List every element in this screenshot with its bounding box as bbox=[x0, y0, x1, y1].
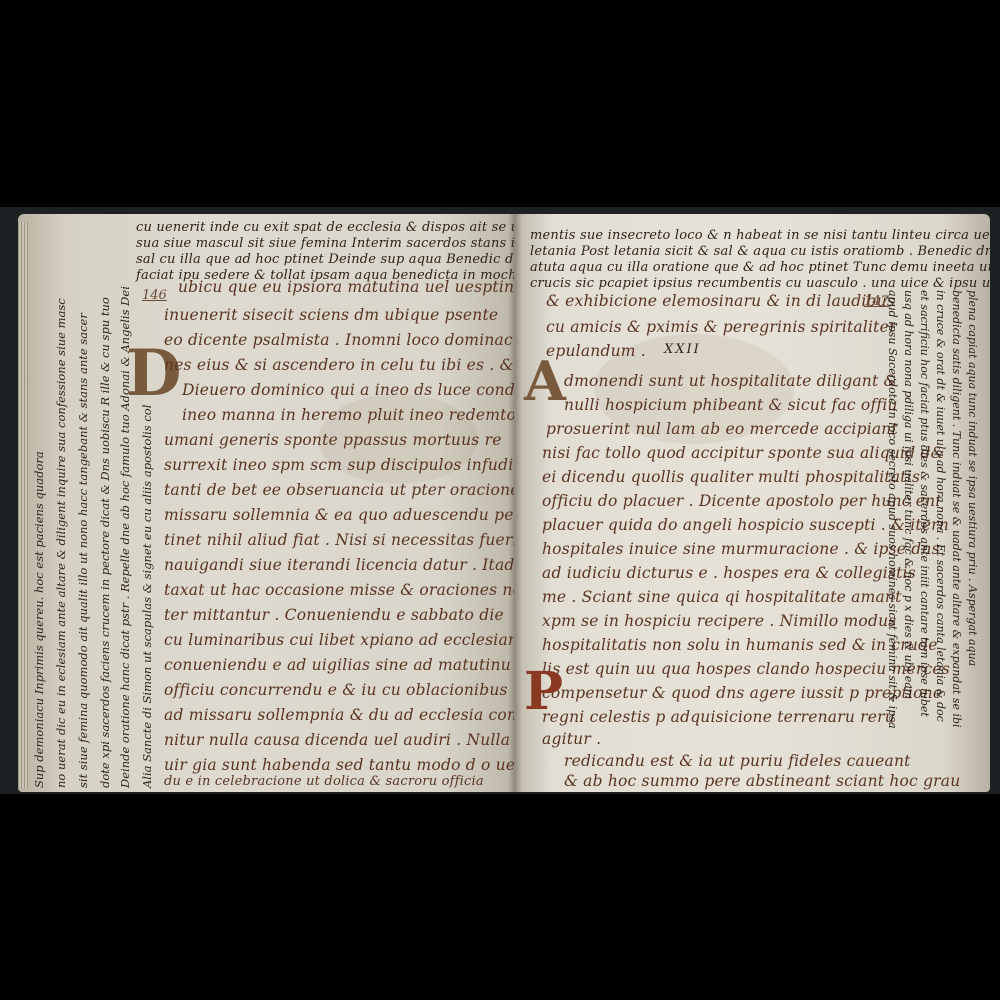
text-line: eo dicente psalmista . Inomni loco domin… bbox=[164, 331, 514, 349]
text-line: xpm se in hospiciu recipere . Nimillo mo… bbox=[542, 612, 896, 630]
text-line: missaru sollemnia & ea quo aduescendu pe… bbox=[164, 506, 514, 524]
text-line: umani generis sponte ppassus mortuus re bbox=[164, 431, 502, 449]
margin-note: Alia Sancte di Simon ut scapulas & signe… bbox=[140, 220, 154, 788]
text-line: officiu do placuer . Dicente apostolo pe… bbox=[542, 492, 941, 510]
margin-note: Deinde oratione hanc dicat pstr . Repell… bbox=[118, 220, 132, 788]
top-added-line: sua siue mascul sit siue femina Interim … bbox=[136, 236, 514, 251]
text-line: tanti de bet ee obseruancia ut pter orac… bbox=[164, 481, 514, 499]
text-line: cu luminaribus cui libet xpiano ad eccle… bbox=[164, 631, 514, 649]
text-line: uir gia sunt habenda sed tantu modo d o … bbox=[164, 756, 514, 774]
text-line: & exhibicione elemosinaru & in di laudib… bbox=[546, 292, 895, 310]
top-added-line: atuta aqua cu illa oratione que & ad hoc… bbox=[530, 260, 990, 275]
text-line: me . Sciant sine quica qi hospitalitate … bbox=[542, 588, 902, 606]
text-line: compensetur & quod dns agere iussit p pr… bbox=[542, 684, 942, 702]
text-line: ter mittantur . Conueniendu e sabbato di… bbox=[164, 606, 504, 624]
text-line: nes eius & si ascendero in celu tu ibi e… bbox=[164, 356, 514, 374]
margin-note: dote xpi sacerdos faciens crucem in pect… bbox=[98, 220, 112, 788]
text-line: taxat ut hac occasione misse & oraciones… bbox=[164, 581, 514, 599]
text-line: nisi fac tollo quod accipitur sponte sua… bbox=[542, 444, 945, 462]
margin-note: Sup demoniacu Inprimis quereu. hoc est p… bbox=[32, 220, 46, 788]
text-line: ad iudiciu dicturus e . hospes era & col… bbox=[542, 564, 916, 582]
margin-note: et sacrificiu hoc faciat ptus dies & sac… bbox=[918, 290, 931, 788]
text-line: nulli hospicium phibeant & sicut fac off… bbox=[564, 396, 898, 414]
top-added-line: letania Post letania sicit & sal & aqua … bbox=[530, 244, 990, 259]
page-edges bbox=[18, 222, 28, 788]
text-line: tinet nihil aliud fiat . Nisi si necessi… bbox=[164, 531, 514, 549]
margin-note: benedicta satis diligent . Tunc induat s… bbox=[950, 290, 963, 788]
text-line: agitur . bbox=[542, 730, 601, 748]
text-line: du e in celebracione ut dolica & sacroru… bbox=[164, 774, 484, 789]
text-line: regni celestis p adquisicione terrenaru … bbox=[542, 708, 895, 726]
text-line: hospitalitatis non solu in humanis sed &… bbox=[542, 636, 938, 654]
margin-note: plena capiat aqua tunc induat se ipsa ue… bbox=[966, 290, 979, 788]
top-added-line: crucis sic pcapiet ipsius recumbentis cu… bbox=[530, 276, 990, 291]
right-page: mentis sue insecreto loco & n habeat in … bbox=[514, 214, 990, 792]
book-gutter bbox=[508, 214, 522, 792]
chapter-number: XXII bbox=[664, 342, 701, 357]
top-added-line: cu uenerit inde cu exit spat de ecclesia… bbox=[136, 220, 514, 235]
margin-note: no uerat dic eu in eclesiam ante altare … bbox=[54, 220, 68, 788]
margin-note: in cruce & orat dt & iuuet ulq ad hora n… bbox=[934, 290, 947, 788]
text-line: & ab hoc summo pere abstineant sciant ho… bbox=[564, 772, 960, 790]
text-line: prosuerint nul lam ab eo mercede accipia… bbox=[546, 420, 898, 438]
text-line: nitur nulla causa dicenda uel audiri . N… bbox=[164, 731, 510, 749]
top-added-line: mentis sue insecreto loco & n habeat in … bbox=[530, 228, 990, 243]
text-line: officiu concurrendu e & iu cu oblacionib… bbox=[164, 681, 508, 699]
text-line: redicandu est & ia ut puriu fideles caue… bbox=[564, 752, 911, 770]
text-line: ineo manna in heremo pluit ineo redemtor bbox=[182, 406, 514, 424]
folio-number: 146 bbox=[142, 288, 167, 303]
open-manuscript: Sup demoniacu Inprimis quereu. hoc est p… bbox=[18, 214, 990, 792]
drop-cap-d: D bbox=[126, 342, 182, 406]
text-line: nauigandi siue iterandi licencia datur .… bbox=[164, 556, 514, 574]
margin-note: sit siue femina quomodo ait qualit illo … bbox=[76, 220, 90, 788]
text-line: hospitales inuice sine murmuracione . & … bbox=[542, 540, 940, 558]
text-line: inuenerit sisecit sciens dm ubique psent… bbox=[164, 306, 498, 324]
text-line: cu amicis & pximis & peregrinis spirital… bbox=[546, 318, 897, 336]
left-page: Sup demoniacu Inprimis quereu. hoc est p… bbox=[18, 214, 514, 792]
text-line: dmonendi sunt ut hospitalitate diligant … bbox=[564, 372, 898, 390]
text-line: ad missaru sollempnia & du ad ecclesia c… bbox=[164, 706, 514, 724]
drop-cap-a: A bbox=[524, 354, 566, 408]
text-line: ei dicendu quollis qualiter multi phospi… bbox=[542, 468, 920, 486]
text-line: Dieuero dominico qui a ineo ds luce cond… bbox=[182, 381, 514, 399]
margin-note: usq ad hora nona pdiliga ui ipsi ualiter… bbox=[902, 290, 915, 788]
margin-note: apud ipsu Sacerdote in loco secreto apud… bbox=[886, 290, 899, 788]
text-line: conueniendu e ad uigilias sine ad matuti… bbox=[164, 656, 511, 674]
text-line: surrexit ineo spm scm sup discipulos inf… bbox=[164, 456, 514, 474]
drop-cap-p: P bbox=[524, 666, 563, 718]
text-line: ubicu que eu ipsiora matutina uel uespti… bbox=[178, 278, 514, 296]
top-added-line: sal cu illa que ad hoc ptinet Deinde sup… bbox=[136, 252, 514, 267]
